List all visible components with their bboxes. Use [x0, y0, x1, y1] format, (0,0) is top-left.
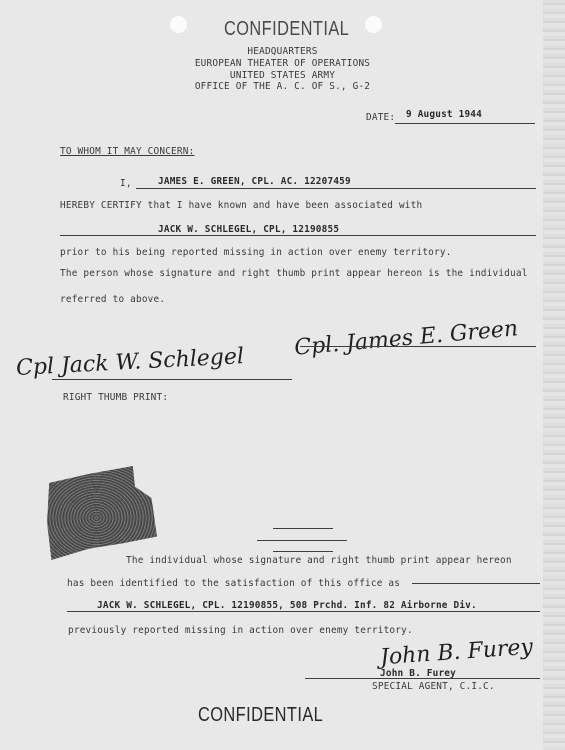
confidential-stamp-top: CONFIDENTIAL: [224, 18, 349, 41]
agent-name: John B. Furey: [380, 668, 456, 679]
paragraph2-line2: referred to above.: [60, 294, 165, 305]
divider-line-3: [273, 551, 333, 552]
identification-line-2: has been identified to the satisfaction …: [67, 578, 400, 589]
subject-name: JACK W. SCHLEGEL, CPL, 12190855: [158, 224, 339, 235]
page-edge-noise: [543, 0, 565, 750]
signature-subject: Cpl Jack W. Schlegel: [16, 344, 245, 381]
subject-signature-line: [52, 379, 292, 380]
date-label: DATE:: [366, 112, 395, 123]
date-underline: [395, 123, 535, 124]
agent-title: SPECIAL AGENT, C.I.C.: [372, 681, 495, 692]
paragraph2-line1: The person whose signature and right thu…: [60, 268, 528, 279]
header-line-2: EUROPEAN THEATER OF OPERATIONS: [0, 58, 565, 69]
date-value: 9 August 1944: [406, 109, 482, 120]
certifier-signature-line: [300, 346, 536, 347]
certifier-name: JAMES E. GREEN, CPL. AC. 12207459: [158, 176, 351, 187]
identification-line-3: previously reported missing in action ov…: [68, 625, 413, 636]
identification-underline-1: [412, 583, 540, 584]
salutation: TO WHOM IT MAY CONCERN:: [60, 146, 194, 157]
paragraph1-line3: prior to his being reported missing in a…: [60, 247, 452, 258]
punch-hole-right: [365, 16, 382, 33]
thumb-print-label: RIGHT THUMB PRINT:: [63, 392, 168, 403]
identification-line-1: The individual whose signature and right…: [126, 555, 512, 566]
certifier-underline: [136, 188, 536, 189]
divider-line-2: [257, 540, 347, 541]
header-line-1: HEADQUARTERS: [0, 46, 565, 57]
certify-text: HEREBY CERTIFY that I have known and hav…: [60, 200, 422, 211]
subject-underline: [60, 235, 536, 236]
signature-certifier: Cpl. James E. Green: [293, 316, 519, 360]
document-page: CONFIDENTIAL HEADQUARTERS EUROPEAN THEAT…: [0, 0, 565, 750]
header-line-3: UNITED STATES ARMY: [0, 70, 565, 81]
identification-underline-2: [67, 611, 540, 612]
confidential-stamp-bottom: CONFIDENTIAL: [198, 704, 323, 727]
divider-line-1: [273, 528, 333, 529]
thumb-print-image: [47, 466, 157, 560]
identification-subject: JACK W. SCHLEGEL, CPL. 12190855, 508 Prc…: [97, 600, 477, 611]
punch-hole-left: [170, 16, 187, 33]
header-line-4: OFFICE OF THE A. C. OF S., G-2: [0, 81, 565, 92]
certifier-prefix: I,: [120, 178, 132, 189]
signature-agent: John B. Furey: [379, 635, 533, 671]
